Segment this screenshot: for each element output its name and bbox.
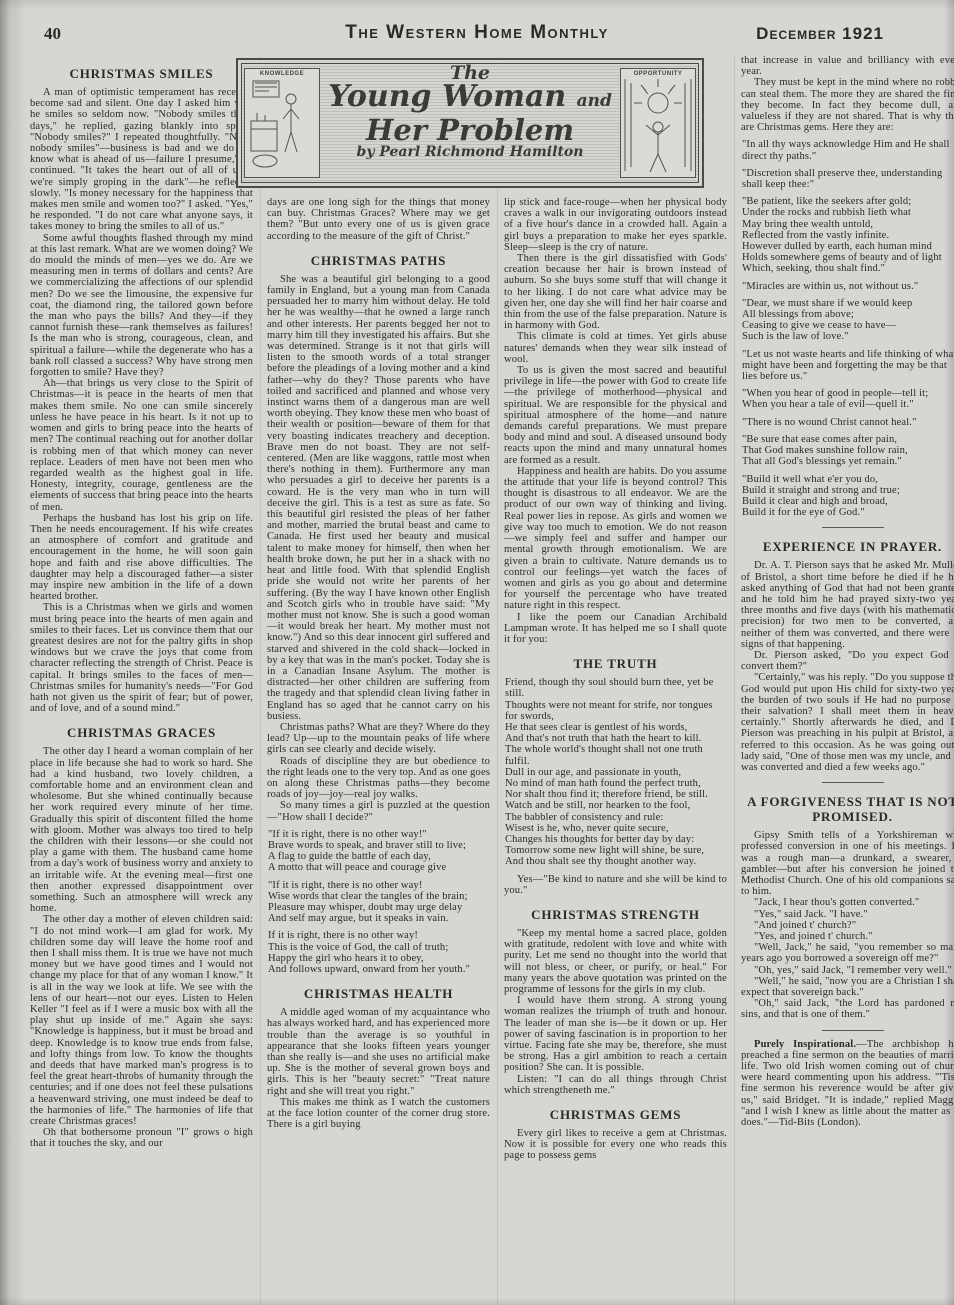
masthead-title-and: and	[577, 91, 612, 111]
verse-block: If it is right, there is no other way! T…	[268, 930, 490, 975]
article-paragraph: Gipsy Smith tells of a Yorkshireman who …	[741, 830, 954, 897]
issue-date: December 1921	[756, 24, 884, 44]
article-paragraph: They must be kept in the mind where no r…	[741, 77, 954, 133]
column-masthead-banner: KNOWLEDGE The Young Woman and Her Probl	[236, 58, 704, 188]
article-paragraph: Roads of discipline they are but obedien…	[267, 756, 490, 801]
verse-block: Friend, though thy soul should burn thee…	[505, 677, 727, 867]
article-paragraph: Happiness and health are habits. Do you …	[504, 466, 727, 612]
verse-block: "When you hear of good in people—tell it…	[742, 388, 954, 410]
article-paragraph: lip stick and face-rouge—when her physic…	[504, 197, 727, 253]
section-heading: CHRISTMAS SMILES	[30, 66, 253, 81]
article-paragraph: "Oh," said Jack, "the Lord has pardoned …	[741, 998, 954, 1020]
section-divider	[822, 1030, 884, 1031]
verse-block: "Dear, we must share if we would keep Al…	[742, 298, 954, 343]
article-paragraph: Every girl likes to receive a gem at Chr…	[504, 1128, 727, 1162]
section-heading: THE TRUTH	[504, 656, 727, 671]
article-paragraph: "And joined t' church?"	[741, 920, 954, 931]
section-heading: CHRISTMAS GRACES	[30, 725, 253, 740]
article-paragraph: Listen: "I can do all things through Chr…	[504, 1074, 727, 1096]
doorway-sun-drawing	[621, 69, 695, 177]
article-paragraph: "Certainly," was his reply. "Do you supp…	[741, 672, 954, 773]
article-paragraph: that increase in value and brilliancy wi…	[741, 55, 954, 77]
article-paragraph: Dr. Pierson asked, "Do you expect God to…	[741, 650, 954, 672]
verse-block: "Discretion shall preserve thee, underst…	[742, 168, 954, 190]
section-divider	[822, 527, 884, 528]
running-header: 40 The Western Home Monthly December 192…	[0, 22, 954, 48]
article-paragraph: "Well, Jack," he said, "you remember so …	[741, 942, 954, 964]
article-paragraph: So many times a girl is puzzled at the q…	[267, 800, 490, 822]
article-paragraph: Yes—"Be kind to nature and she will be k…	[504, 874, 727, 896]
article-paragraph: "Jack, I hear thou's gotten converted."	[741, 897, 954, 908]
article-paragraph: This is a Christmas when we girls and wo…	[30, 602, 253, 714]
article-paragraph: The other day a mother of eleven childre…	[30, 914, 253, 1127]
section-divider	[822, 782, 884, 783]
article-paragraph: Perhaps the husband has lost his grip on…	[30, 513, 253, 603]
publication-title: The Western Home Monthly	[345, 22, 609, 44]
article-paragraph: Some awful thoughts flashed through my m…	[30, 233, 253, 379]
article-paragraph: "Keep my mental home a sacred place, gol…	[504, 928, 727, 995]
article-columns: CHRISTMAS SMILESA man of optimistic temp…	[30, 55, 954, 1305]
article-paragraph: I would have them strong. A strong young…	[504, 995, 727, 1073]
verse-block: "If it is right, there is no other way!"…	[268, 829, 490, 874]
article-paragraph: I like the poem our Canadian Archibald L…	[504, 612, 727, 646]
knowledge-illustration: KNOWLEDGE	[244, 68, 320, 178]
article-paragraph: "Yes," said Jack. "I have."	[741, 909, 954, 920]
article-paragraph: Christmas paths? What are they? Where do…	[267, 722, 490, 756]
verse-block: "Let us not waste hearts and life thinki…	[742, 349, 954, 383]
article-paragraph: To us is given the most sacred and beaut…	[504, 365, 727, 466]
article-paragraph: The other day I heard a woman complain o…	[30, 746, 253, 914]
masthead-title: The Young Woman and Her Problem by Pearl…	[326, 60, 614, 186]
section-heading: CHRISTMAS HEALTH	[267, 986, 490, 1001]
article-paragraph: "Oh, yes," said Jack, "I remember very w…	[741, 965, 954, 976]
section-heading: CHRISTMAS GEMS	[504, 1107, 727, 1122]
magazine-page: 40 The Western Home Monthly December 192…	[0, 0, 954, 1305]
article-paragraph: days are one long sigh for the things th…	[267, 197, 490, 242]
article-paragraph: Purely Inspirational.—The archbishop had…	[741, 1039, 954, 1129]
article-paragraph: Dr. A. T. Pierson says that he asked Mr.…	[741, 560, 954, 650]
column-3: lip stick and face-rouge—when her physic…	[497, 55, 727, 1305]
column-1: CHRISTMAS SMILESA man of optimistic temp…	[30, 55, 253, 1305]
verse-block: "There is no wound Christ cannot heal."	[742, 417, 954, 428]
opportunity-illustration: OPPORTUNITY	[620, 68, 696, 178]
masthead-title-line1: Young Woman and	[326, 82, 614, 116]
verse-block: "In all thy ways acknowledge Him and He …	[742, 139, 954, 161]
article-paragraph: She was a beautiful girl belonging to a …	[267, 274, 490, 722]
article-paragraph: Then there is the girl dissatisfied with…	[504, 253, 727, 331]
article-paragraph: This climate is cold at times. Yet girls…	[504, 331, 727, 365]
masthead-byline: by Pearl Richmond Hamilton	[326, 144, 614, 161]
verse-block: "If it is right, there is no other way! …	[268, 880, 490, 925]
column-4: that increase in value and brilliancy wi…	[734, 55, 954, 1305]
verse-block: "Miracles are within us, not without us.…	[742, 281, 954, 292]
verse-block: "Build it well what e'er you do, Build i…	[742, 474, 954, 519]
study-scene-drawing	[245, 69, 319, 177]
article-paragraph: This makes me think as I watch the custo…	[267, 1097, 490, 1131]
article-paragraph: A middle aged woman of my acquaintance w…	[267, 1007, 490, 1097]
verse-block: "Be patient, like the seekers after gold…	[742, 196, 954, 274]
article-paragraph: A man of optimistic temperament has rece…	[30, 87, 253, 233]
section-heading: CHRISTMAS STRENGTH	[504, 907, 727, 922]
section-heading: A FORGIVENESS THAT IS NOT PROMISED.	[741, 794, 954, 824]
article-paragraph: Oh that bothersome pronoun "I" grows o h…	[30, 1127, 253, 1149]
article-paragraph: Ah—that brings us very close to the Spir…	[30, 378, 253, 512]
page-number: 40	[44, 24, 61, 44]
masthead-title-main: Young Woman	[328, 79, 566, 114]
section-heading: EXPERIENCE IN PRAYER.	[741, 539, 954, 554]
masthead-title-line2: Her Problem	[326, 116, 614, 144]
article-paragraph: "Yes, and joined t' church."	[741, 931, 954, 942]
section-heading: CHRISTMAS PATHS	[267, 253, 490, 268]
verse-block: "Be sure that ease comes after pain, Tha…	[742, 434, 954, 468]
article-paragraph: "Well," he said, "now you are a Christia…	[741, 976, 954, 998]
column-2: days are one long sigh for the things th…	[260, 55, 490, 1305]
